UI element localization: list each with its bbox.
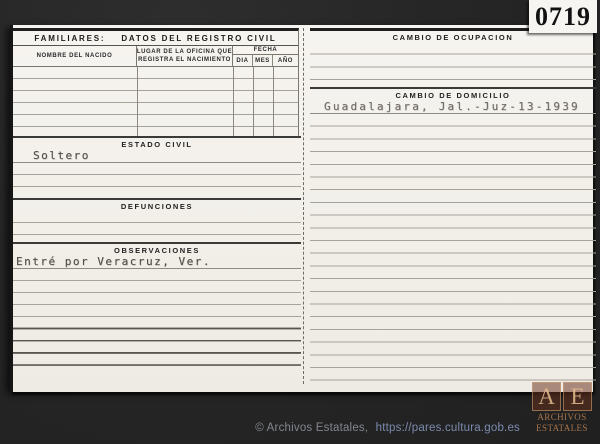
registry-record-card: FAMILIARES: DATOS DEL REGISTRO CIVIL NOM… bbox=[10, 25, 593, 392]
defunciones-section: DEFUNCIONES bbox=[13, 198, 301, 242]
card-right-half: CAMBIO DE OCUPACION CAMBIO DE DOMICILIO … bbox=[310, 25, 596, 392]
column-header-dia: DIA bbox=[233, 55, 253, 66]
watermark-estatales-text: ESTATALES bbox=[528, 423, 596, 433]
cambio-ocupacion-blank-lines bbox=[310, 42, 596, 87]
observaciones-heading: OBSERVACIONES bbox=[13, 244, 301, 255]
column-rule bbox=[253, 67, 254, 138]
watermark-letter-e-tile: E bbox=[563, 382, 592, 411]
estado-civil-value: Soltero bbox=[13, 149, 301, 163]
archivos-estatales-watermark: A E ARCHIVOS ESTATALES bbox=[528, 382, 596, 433]
table-header-row: NOMBRE DEL NACIDO LUGAR DE LA OFICINA QU… bbox=[13, 46, 298, 66]
column-header-nombre-del-nacido: NOMBRE DEL NACIDO bbox=[13, 46, 137, 66]
column-rule bbox=[273, 67, 274, 138]
datos-registro-civil-label: DATOS DEL REGISTRO CIVIL bbox=[121, 34, 276, 43]
column-header-lugar-oficina: LUGAR DE LA OFICINA QUE REGISTRA EL NACI… bbox=[137, 46, 233, 66]
registro-civil-table: FAMILIARES: DATOS DEL REGISTRO CIVIL NOM… bbox=[13, 28, 299, 138]
copyright-bar: © Archivos Estatales, https://pares.cult… bbox=[0, 422, 600, 437]
pares-url-text: https://pares.cultura.gob.es bbox=[376, 422, 520, 434]
watermark-letter-a-tile: A bbox=[532, 382, 561, 411]
familiares-label: FAMILIARES: bbox=[34, 34, 105, 43]
estado-civil-heading: ESTADO CIVIL bbox=[13, 138, 301, 149]
estado-civil-section: ESTADO CIVIL Soltero bbox=[13, 136, 301, 198]
cambio-ocupacion-section: CAMBIO DE OCUPACION bbox=[310, 28, 596, 87]
cambio-domicilio-value: Guadalajara, Jal.-Juz-13-1939 bbox=[310, 100, 596, 114]
card-number-label: 0719 bbox=[529, 0, 597, 33]
column-header-mes: MES bbox=[253, 55, 273, 66]
table-empty-rows bbox=[13, 66, 298, 138]
cambio-domicilio-section: CAMBIO DE DOMICILIO Guadalajara, Jal.-Ju… bbox=[310, 87, 596, 382]
defunciones-blank-lines bbox=[13, 211, 301, 242]
copyright-text: © Archivos Estatales, bbox=[255, 422, 368, 434]
cambio-domicilio-heading: CAMBIO DE DOMICILIO bbox=[310, 89, 596, 100]
card-left-half: FAMILIARES: DATOS DEL REGISTRO CIVIL NOM… bbox=[13, 25, 301, 392]
card-center-divider bbox=[303, 28, 304, 384]
column-header-ano: AÑO bbox=[273, 55, 298, 66]
estado-civil-blank-lines bbox=[13, 163, 301, 198]
column-rule bbox=[137, 67, 138, 138]
column-rule bbox=[233, 67, 234, 138]
defunciones-heading: DEFUNCIONES bbox=[13, 200, 301, 211]
observaciones-value: Entré por Veracruz, Ver. bbox=[13, 255, 301, 269]
card-number: 0719 bbox=[535, 2, 591, 32]
column-header-fecha: FECHA DIA MES AÑO bbox=[233, 46, 298, 66]
watermark-archivos-text: ARCHIVOS bbox=[528, 412, 596, 422]
dark-rule-lines bbox=[13, 317, 301, 369]
table-title-row: FAMILIARES: DATOS DEL REGISTRO CIVIL bbox=[13, 31, 298, 46]
cambio-domicilio-blank-lines bbox=[310, 114, 596, 382]
observaciones-blank-lines bbox=[13, 269, 301, 373]
observaciones-section: OBSERVACIONES Entré por Veracruz, Ver. bbox=[13, 242, 301, 392]
scanner-background: 0719 FAMILIARES: DATOS DEL REGISTRO CIVI… bbox=[0, 0, 600, 444]
